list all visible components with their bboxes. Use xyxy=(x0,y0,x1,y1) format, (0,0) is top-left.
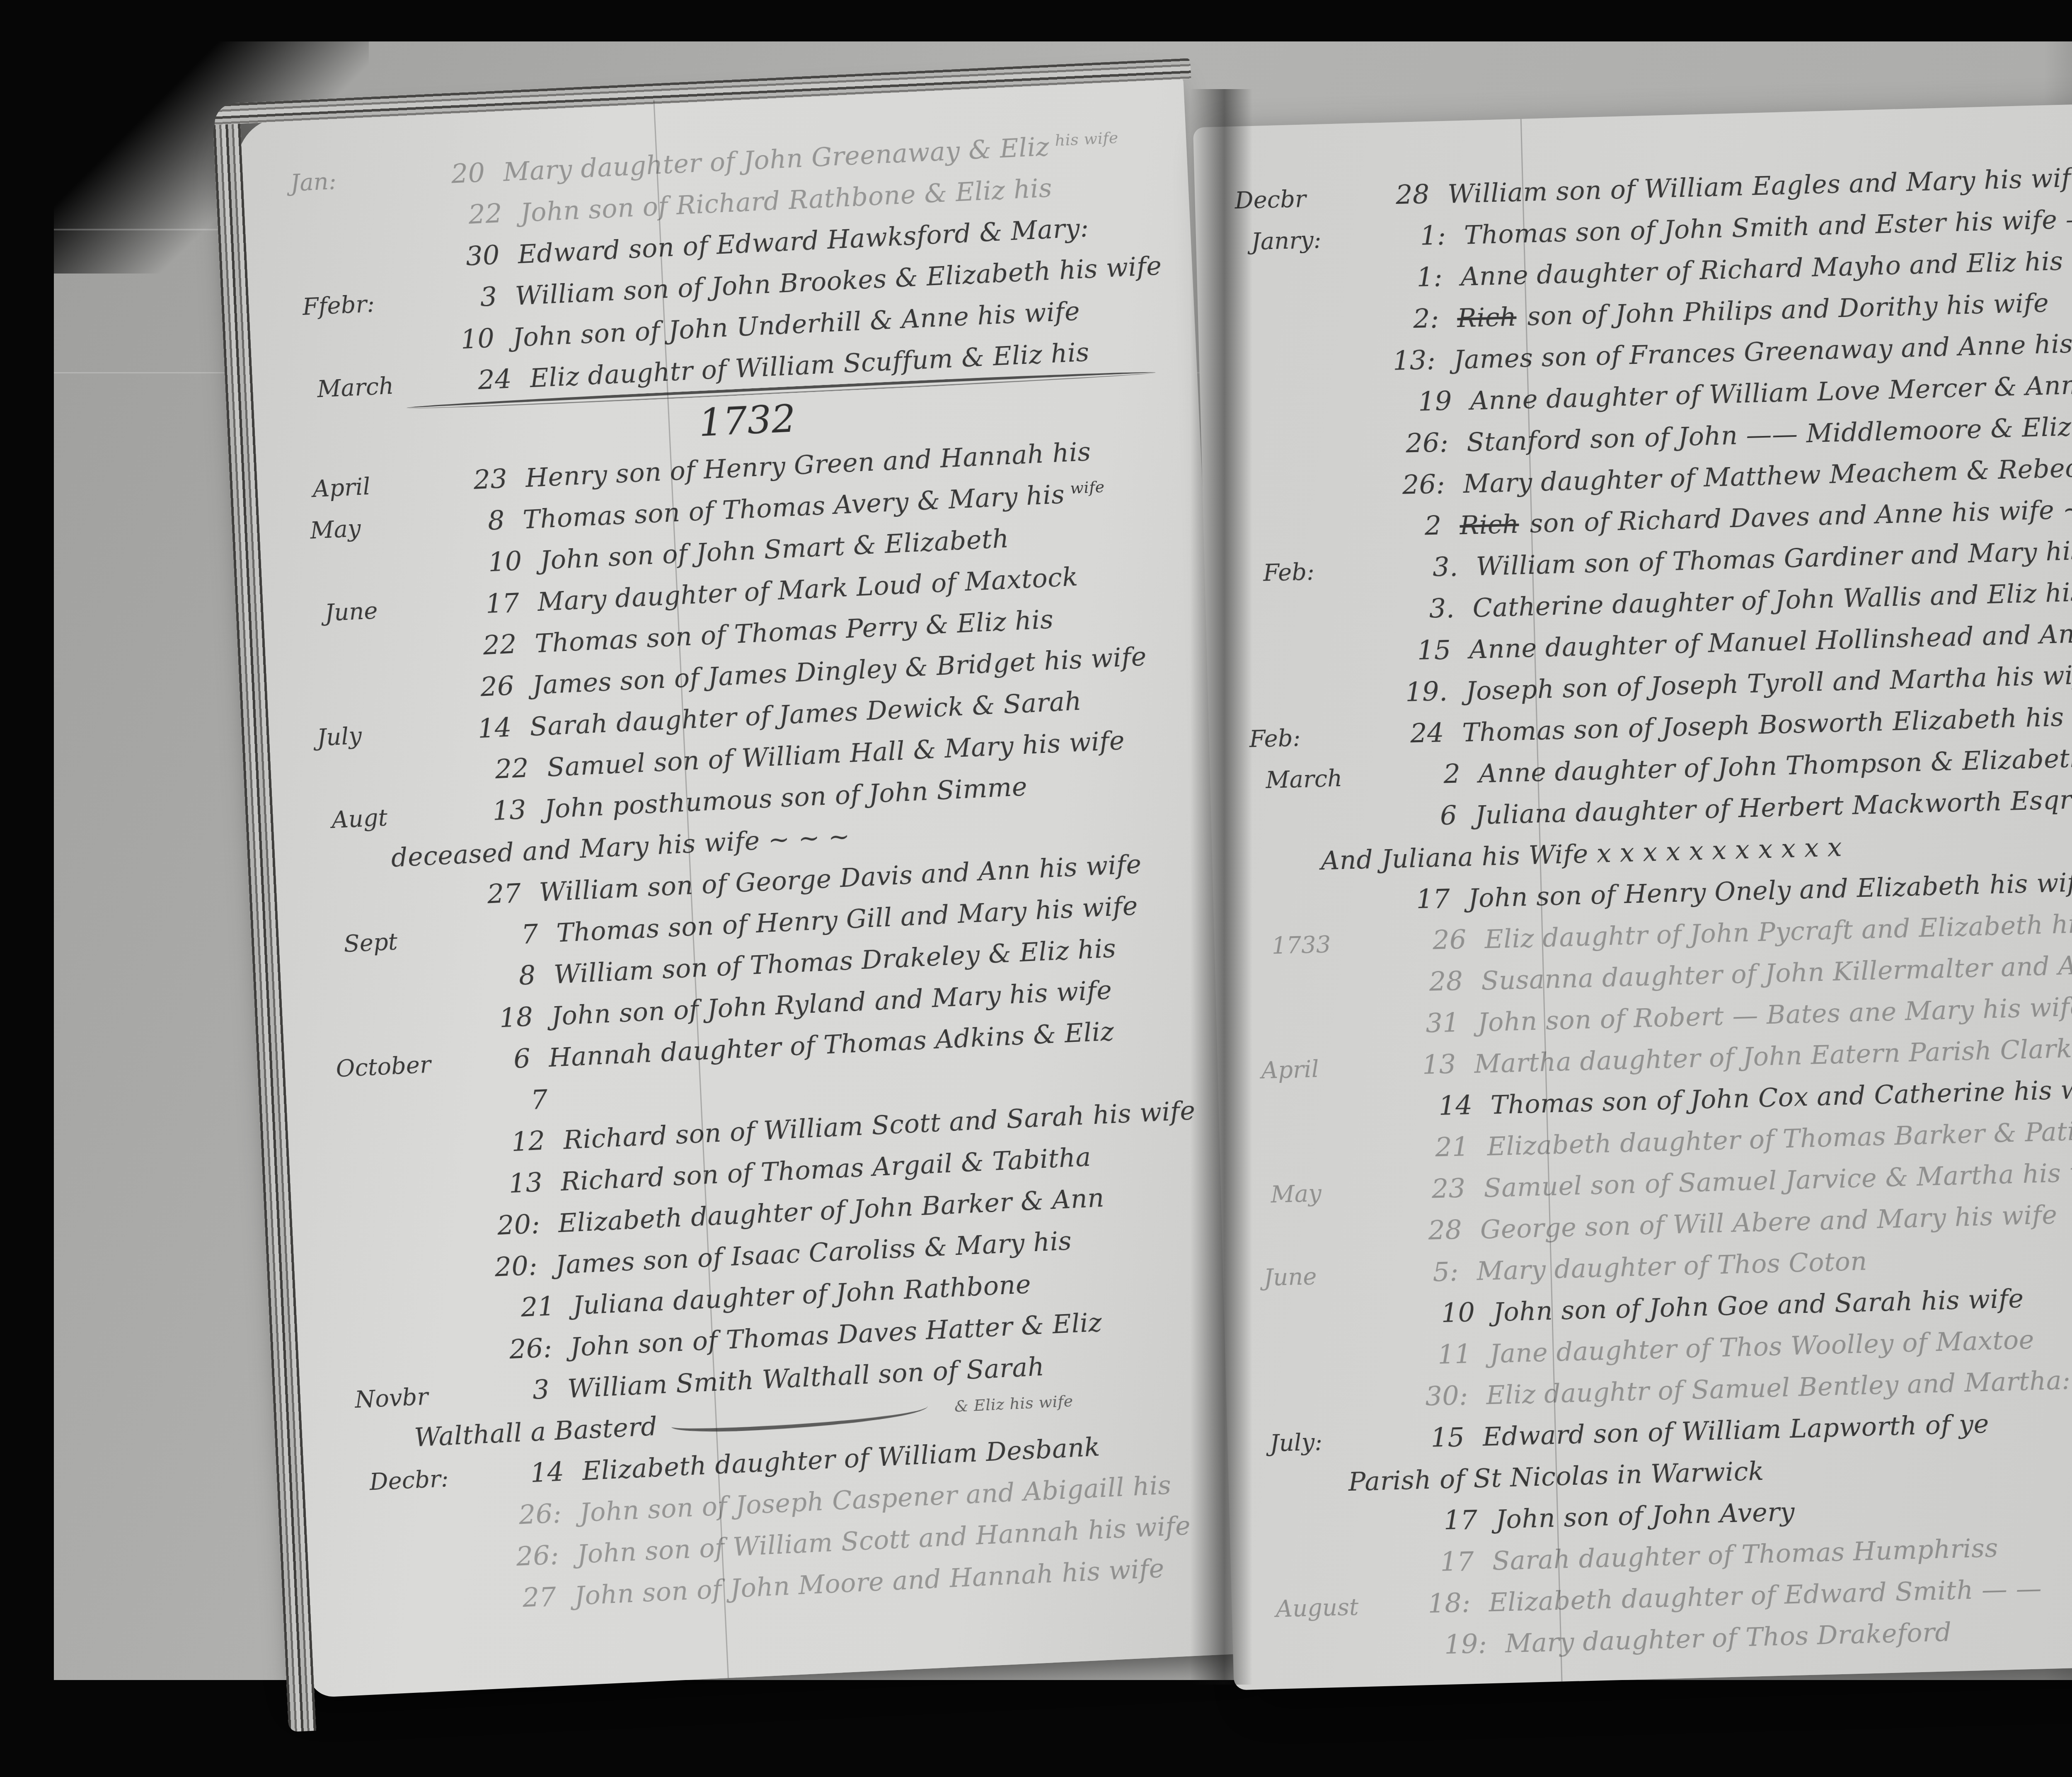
entry-month-label xyxy=(1268,992,1393,995)
entry-day: 19 xyxy=(1381,385,1471,419)
entry-day: 6 xyxy=(1386,800,1476,833)
entry-day: 28 xyxy=(1392,966,1481,999)
entry-day: 7 xyxy=(477,1083,566,1118)
entry-month-label xyxy=(341,988,466,993)
entry-month-label xyxy=(322,656,447,662)
entry-month-label: Decbr: xyxy=(369,1463,494,1496)
entry-month-label: 1733 xyxy=(1271,930,1397,960)
entry-day: 8 xyxy=(433,504,523,539)
entry-day: 20 xyxy=(414,157,504,192)
entry-month-label xyxy=(1244,329,1369,333)
entry-month-label: Janry: xyxy=(1251,225,1376,255)
entry-month-label: July xyxy=(316,719,442,751)
entry-day: 24 xyxy=(1373,717,1463,751)
entry-day: 3 xyxy=(478,1374,568,1409)
entry-month-label xyxy=(327,905,451,911)
entry-month-label: June xyxy=(1264,1261,1389,1291)
entry-month-label: Ffebr: xyxy=(302,288,427,321)
entry-day: 1: xyxy=(1375,220,1464,253)
right-page-entries: Decbr28William son of William Eagles and… xyxy=(1244,161,2072,1676)
entry-month-label: Sept xyxy=(343,925,469,958)
entry-month-label: June xyxy=(324,594,450,627)
entry-month-label xyxy=(1268,1241,1392,1244)
entry-day: 13 xyxy=(1385,1049,1475,1082)
entry-month-label xyxy=(1278,1116,1402,1119)
entry-text: William son of William Eagles and Mary h… xyxy=(1447,162,2072,209)
entry-month-label: May xyxy=(1271,1178,1396,1208)
entry-month-label xyxy=(1241,371,1365,374)
entry-month-label: May xyxy=(310,512,435,545)
entry-day: 14 xyxy=(493,1456,583,1491)
entry-day: 19: xyxy=(1416,1628,1506,1661)
entry-month-label xyxy=(1280,1323,1405,1327)
entry-month-label xyxy=(358,1360,482,1366)
entry-month-label xyxy=(351,1153,475,1159)
entry-day: 20: xyxy=(466,1250,556,1285)
entry-day: 26: xyxy=(1374,469,1464,502)
entry-day: 26 xyxy=(1396,924,1485,957)
entry-month-label: March xyxy=(1265,764,1390,794)
entry-superscript: his wife xyxy=(1054,128,1118,150)
entry-day: 15 xyxy=(1394,1422,1483,1455)
entry-day: 10 xyxy=(424,322,513,357)
entry-day: 18 xyxy=(462,1001,552,1036)
register-right-page: Decbr28William son of William Eagles and… xyxy=(1193,103,2072,1690)
entry-day: 2 xyxy=(1389,758,1479,792)
entry-month-label: Augt xyxy=(331,801,457,834)
entry-month-label xyxy=(1273,1407,1398,1410)
entry-day: 3. xyxy=(1384,593,1473,626)
entry-day: 31 xyxy=(1389,1007,1478,1041)
entry-day: 14 xyxy=(1402,1090,1491,1123)
entry-day: 27 xyxy=(450,877,540,912)
entry-day: 19. xyxy=(1377,676,1466,709)
entry-day: 17 xyxy=(1379,883,1469,916)
entry-day: 23 xyxy=(1394,1173,1484,1206)
entry-month-label xyxy=(1280,1572,1404,1576)
entry-month-label: Novbr xyxy=(354,1381,480,1414)
entry-month-label xyxy=(335,780,459,786)
entry-month-label xyxy=(320,698,444,704)
register-left-page: Jan:20Mary daughter of John Greenaway & … xyxy=(235,75,1257,1698)
entry-day: 14 xyxy=(441,712,530,746)
entry-day: 23 xyxy=(436,463,526,498)
entry-month-label xyxy=(339,1029,463,1035)
entry-day: 15 xyxy=(1380,634,1469,668)
entry-day: 17 xyxy=(448,587,538,622)
entry-day: 24 xyxy=(441,363,530,398)
entry-month-label: Feb: xyxy=(1263,557,1388,587)
entry-month-label xyxy=(1248,288,1372,291)
entry-superscript: wife xyxy=(1070,478,1105,498)
entry-day: 21 xyxy=(1398,1131,1488,1164)
entry-month-label xyxy=(308,226,432,232)
book-gutter-shadow xyxy=(1190,89,1252,1685)
entry-day: 10 xyxy=(1404,1297,1493,1330)
entry-month-label xyxy=(328,574,452,579)
entry-month-label xyxy=(1256,661,1381,664)
entry-month-label xyxy=(353,1111,478,1117)
entry-struck-word: Rich xyxy=(1459,509,1519,541)
entry-month-label xyxy=(1293,1655,1417,1658)
entry-month-label xyxy=(1257,412,1382,415)
left-page-entries: Jan:20Mary daughter of John Greenaway & … xyxy=(300,126,1240,1678)
entry-month-label xyxy=(1260,619,1384,622)
entry-day: 21 xyxy=(484,1290,574,1325)
entry-day: 3 xyxy=(426,281,516,316)
entry-month-label: Decbr xyxy=(1234,184,1360,214)
entry-day: 13 xyxy=(455,794,545,829)
entry-day: 17 xyxy=(1406,1504,1496,1537)
entry-day: 13 xyxy=(472,1167,562,1201)
register-book-spread: Jan:20Mary daughter of John Greenaway & … xyxy=(253,89,2072,1697)
entry-day: 30: xyxy=(1397,1380,1486,1413)
entry-day: 12 xyxy=(474,1125,564,1160)
entry-day: 2 xyxy=(1370,510,1460,543)
entry-day: 1: xyxy=(1372,261,1461,295)
entry-month-label: April xyxy=(1261,1054,1386,1084)
entry-month-label xyxy=(305,267,430,273)
entry-month-label: October xyxy=(335,1050,461,1082)
entry-struck-word: Rich xyxy=(1457,301,1517,333)
entry-day: 13: xyxy=(1365,344,1454,378)
entry-day: 26 xyxy=(443,670,533,705)
entry-day: 11 xyxy=(1401,1339,1490,1372)
entry-day: 22 xyxy=(431,198,521,232)
pen-flourish-line xyxy=(671,1406,929,1434)
entry-day: 20: xyxy=(469,1208,559,1243)
entry-month-label xyxy=(346,1236,470,1242)
entry-day: 26: xyxy=(481,1332,571,1367)
entry-month-label: March xyxy=(317,370,442,403)
entry-day: 27 xyxy=(485,1581,575,1615)
entry-day: 26: xyxy=(488,1539,578,1574)
entry-month-label: August xyxy=(1276,1593,1401,1623)
entry-month-label xyxy=(365,1567,489,1573)
entry-day: 26: xyxy=(490,1498,580,1532)
entry-day: 5: xyxy=(1388,1256,1477,1289)
entry-month-label: July: xyxy=(1269,1427,1394,1457)
entry-month-label xyxy=(1277,1365,1401,1368)
entry-month-label: April xyxy=(312,470,438,503)
entry-month-label xyxy=(1256,910,1380,913)
entry-day: 30 xyxy=(428,239,518,274)
entry-month-label xyxy=(361,1319,485,1324)
entry-day: 7 xyxy=(467,918,557,953)
entry-month-label xyxy=(1250,495,1375,499)
entry-day: 28 xyxy=(1391,1215,1481,1248)
entry-month-label xyxy=(1283,1530,1407,1534)
entry-month-label xyxy=(343,1278,467,1284)
entry-day: 17 xyxy=(1403,1546,1493,1579)
entry-month-label xyxy=(367,1526,491,1532)
entry-month-label xyxy=(1265,1034,1389,1037)
entry-day: 22 xyxy=(445,628,535,663)
entry-day: 22 xyxy=(457,752,547,787)
entry-day: 6 xyxy=(459,1043,549,1077)
entry-month-label xyxy=(349,1195,473,1201)
entry-month-label: Feb: xyxy=(1249,723,1374,753)
entry-day: 8 xyxy=(465,959,554,994)
entry-month-label xyxy=(1254,453,1378,457)
entry-day: 10 xyxy=(451,545,541,580)
entry-day: 26: xyxy=(1377,427,1467,460)
entry-month-label: Jan: xyxy=(290,164,415,197)
entry-month-label xyxy=(1253,702,1377,706)
film-scan-of-parish-register: { "document": { "kind": "Handwritten par… xyxy=(0,0,2072,1777)
entry-month-label xyxy=(362,1609,487,1615)
entry-month-label xyxy=(1262,826,1387,830)
entry-month-label xyxy=(1247,537,1371,540)
entry-day: 3. xyxy=(1387,551,1477,584)
entry-day: 18: xyxy=(1400,1587,1489,1620)
entry-day: 2: xyxy=(1368,303,1457,336)
entry-day: 28 xyxy=(1359,179,1448,212)
entry-month-label xyxy=(1274,1158,1399,1161)
entry-month-label xyxy=(300,351,425,356)
